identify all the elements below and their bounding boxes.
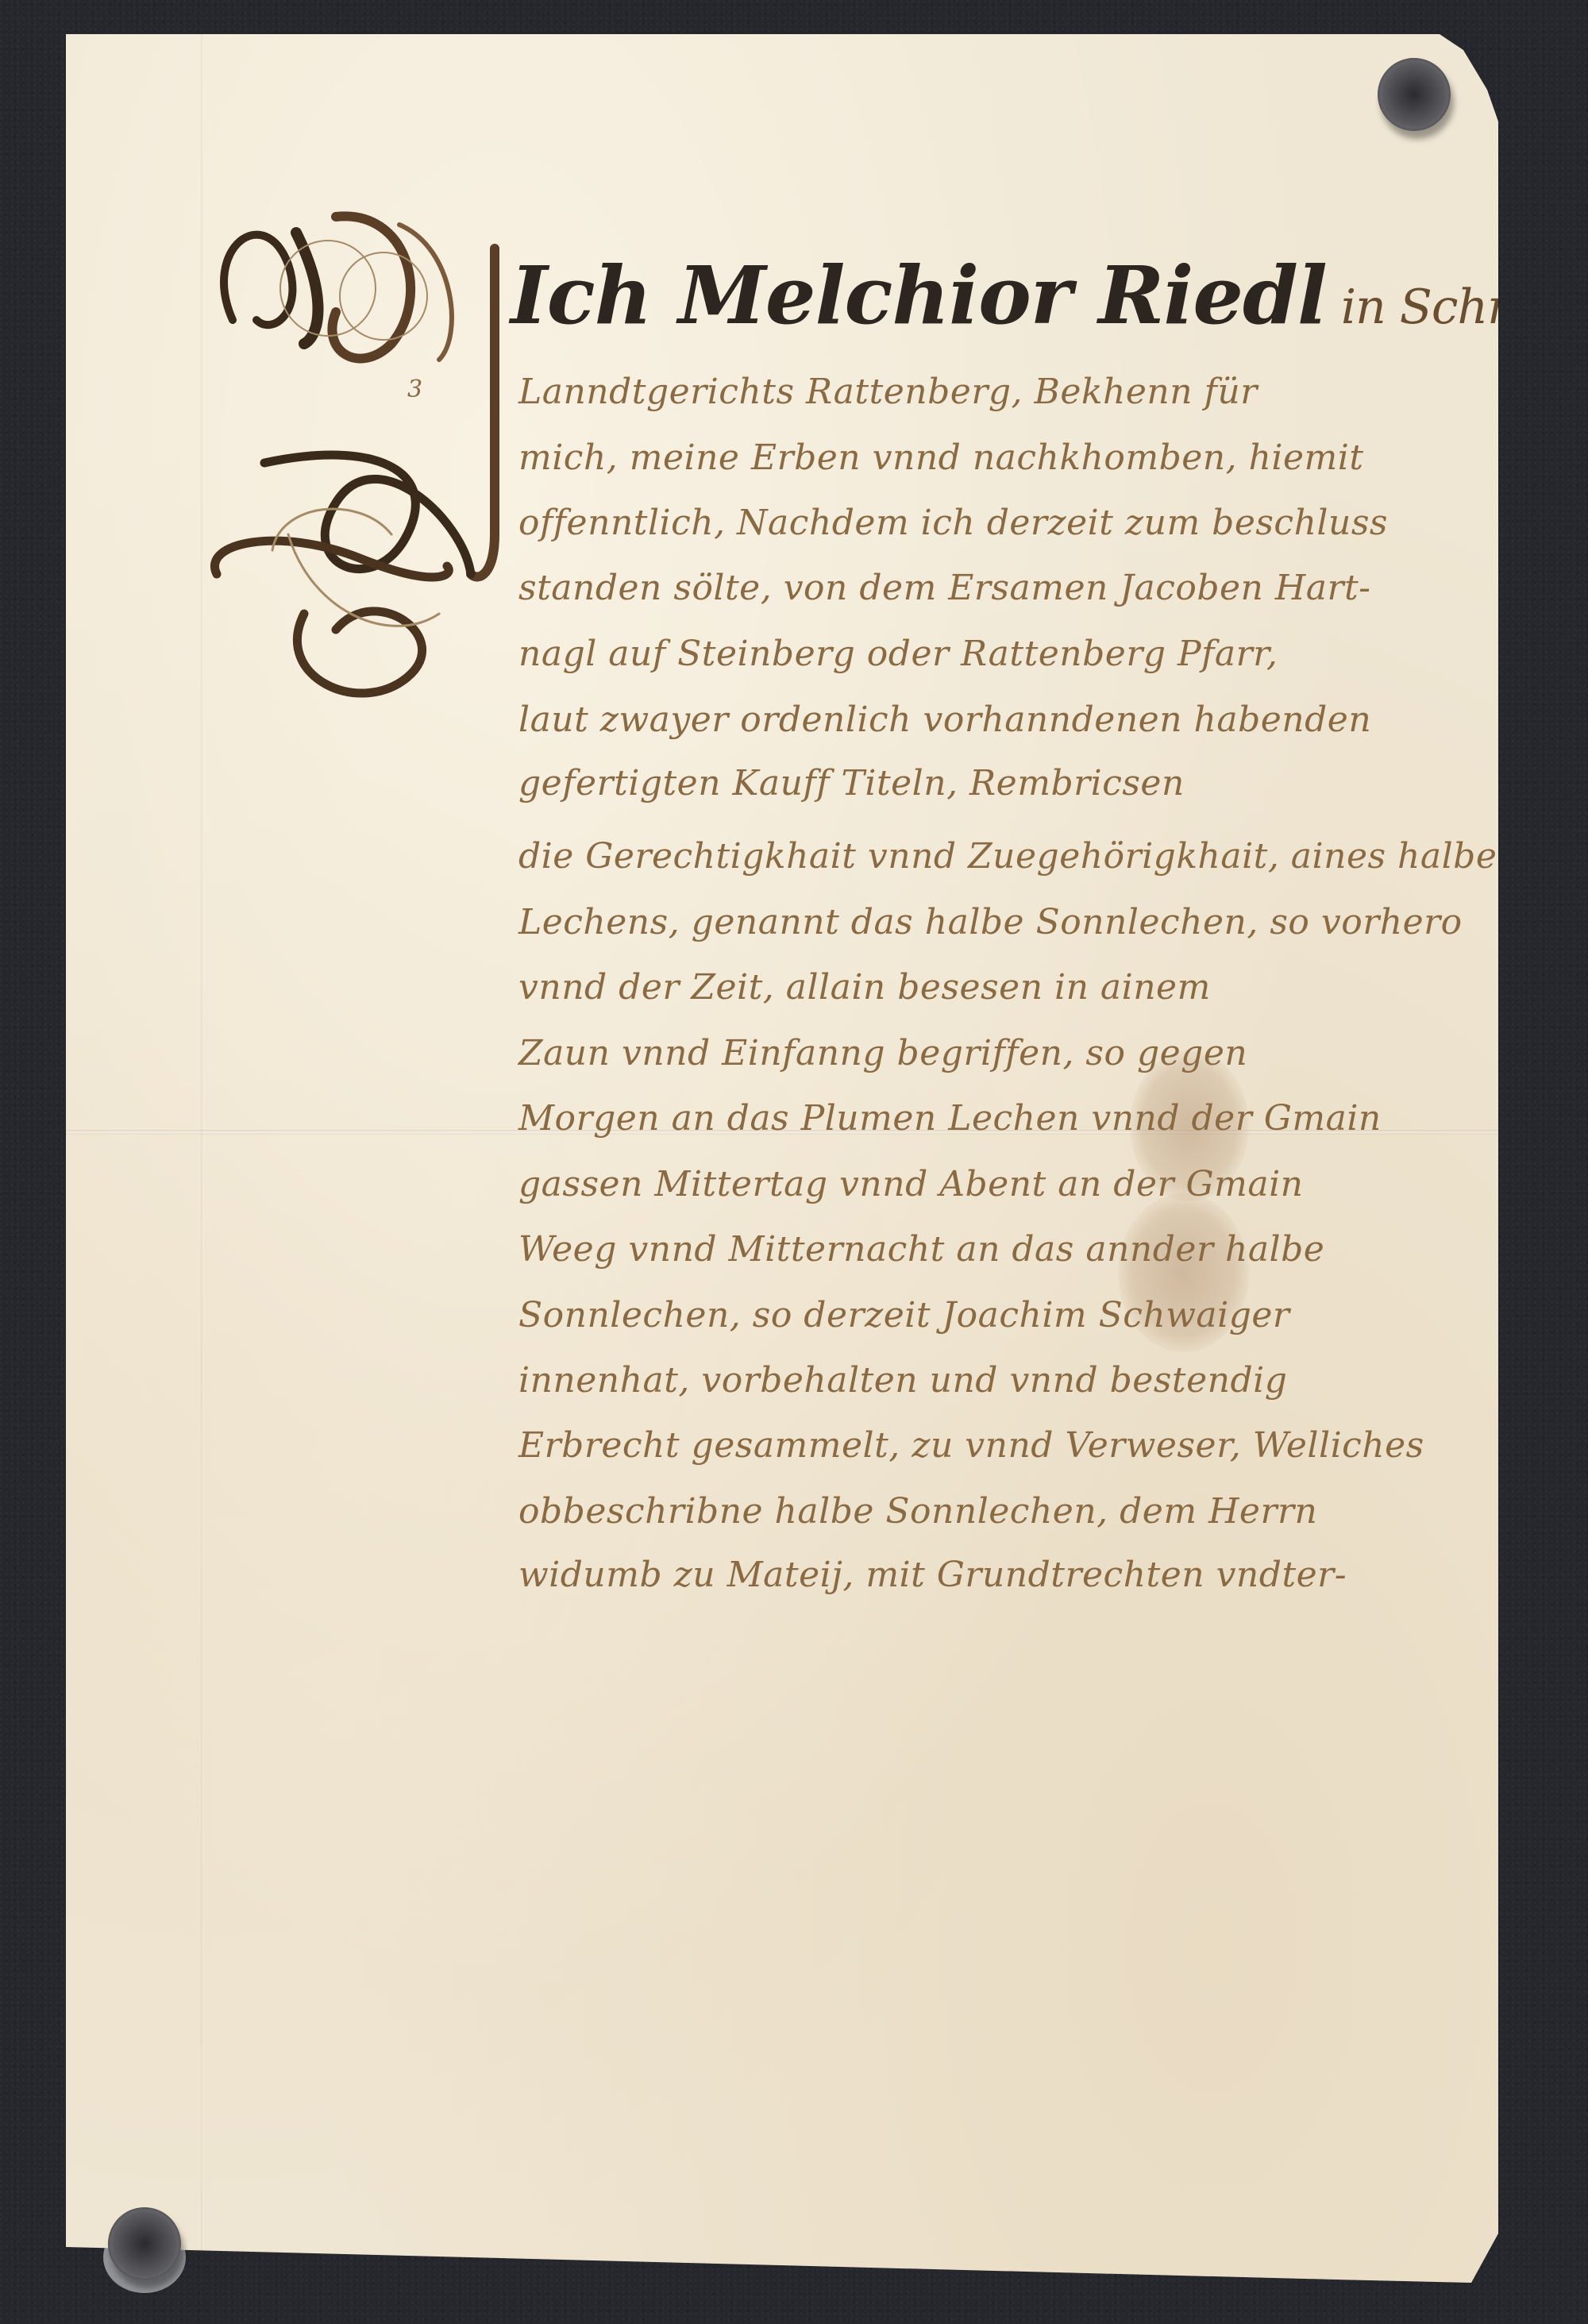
text-line-14: Weeg vnnd Mitternacht an das annder halb… [518,1229,1324,1270]
text-line-15: Sonnlechen, so derzeit Joachim Schwaiger [518,1295,1289,1335]
text-line-17: Erbrecht gesammelt, zu vnnd Verweser, We… [518,1425,1424,1466]
text-line-18: obbeschribne halbe Sonnlechen, dem Herrn [518,1491,1317,1532]
text-line-5: nagl auf Steinberg oder Rattenberg Pfarr… [518,634,1278,674]
text-line-4: standen sölte, von dem Ersamen Jacoben H… [518,568,1371,608]
text-line-8: die Gerechtigkhait vnnd Zuegehörigkhait,… [518,836,1520,877]
text-line-11: Zaun vnnd Einfanng begriffen, so gegen [518,1033,1247,1073]
text-line-2: mich, meine Erben vnnd nachkhomben, hiem… [518,437,1364,478]
magnet-pin-top-right [1378,58,1451,131]
text-line-6: laut zwayer ordenlich vorhanndenen haben… [518,700,1371,740]
margin-mark: 3 [407,376,422,403]
text-line-1: Lanndtgerichts Rattenberg, Bekhenn für [518,372,1258,412]
magnet-pin-bottom-left [108,2207,181,2280]
text-line-10: vnnd der Zeit, allain besesen in ainem [518,967,1211,1008]
text-line-13: gassen Mittertag vnnd Abent an der Gmain [518,1164,1304,1204]
heading-text: Ich Melchior Riedl [511,249,1327,342]
text-line-9: Lechens, genannt das halbe Sonnlechen, s… [518,902,1463,942]
text-line-16: innenhat, vorbehalten und vnnd bestendig [518,1360,1287,1401]
text-line-12: Morgen an das Plumen Lechen vnnd der Gma… [518,1098,1382,1139]
manuscript-page: 3 Ich Melchior Riedlin Schmirn Lanndtger… [66,34,1498,2284]
heading-line: Ich Melchior Riedlin Schmirn [511,249,1588,342]
text-line-7: gefertigten Kauff Titeln, Rembricsen [518,763,1185,804]
text-line-19: widumb zu Mateij, mit Grundtrechten vndt… [518,1555,1347,1595]
heading-tail: in Schmirn [1341,279,1588,335]
text-line-3: offenntlich, Nachdem ich derzeit zum bes… [518,503,1388,543]
